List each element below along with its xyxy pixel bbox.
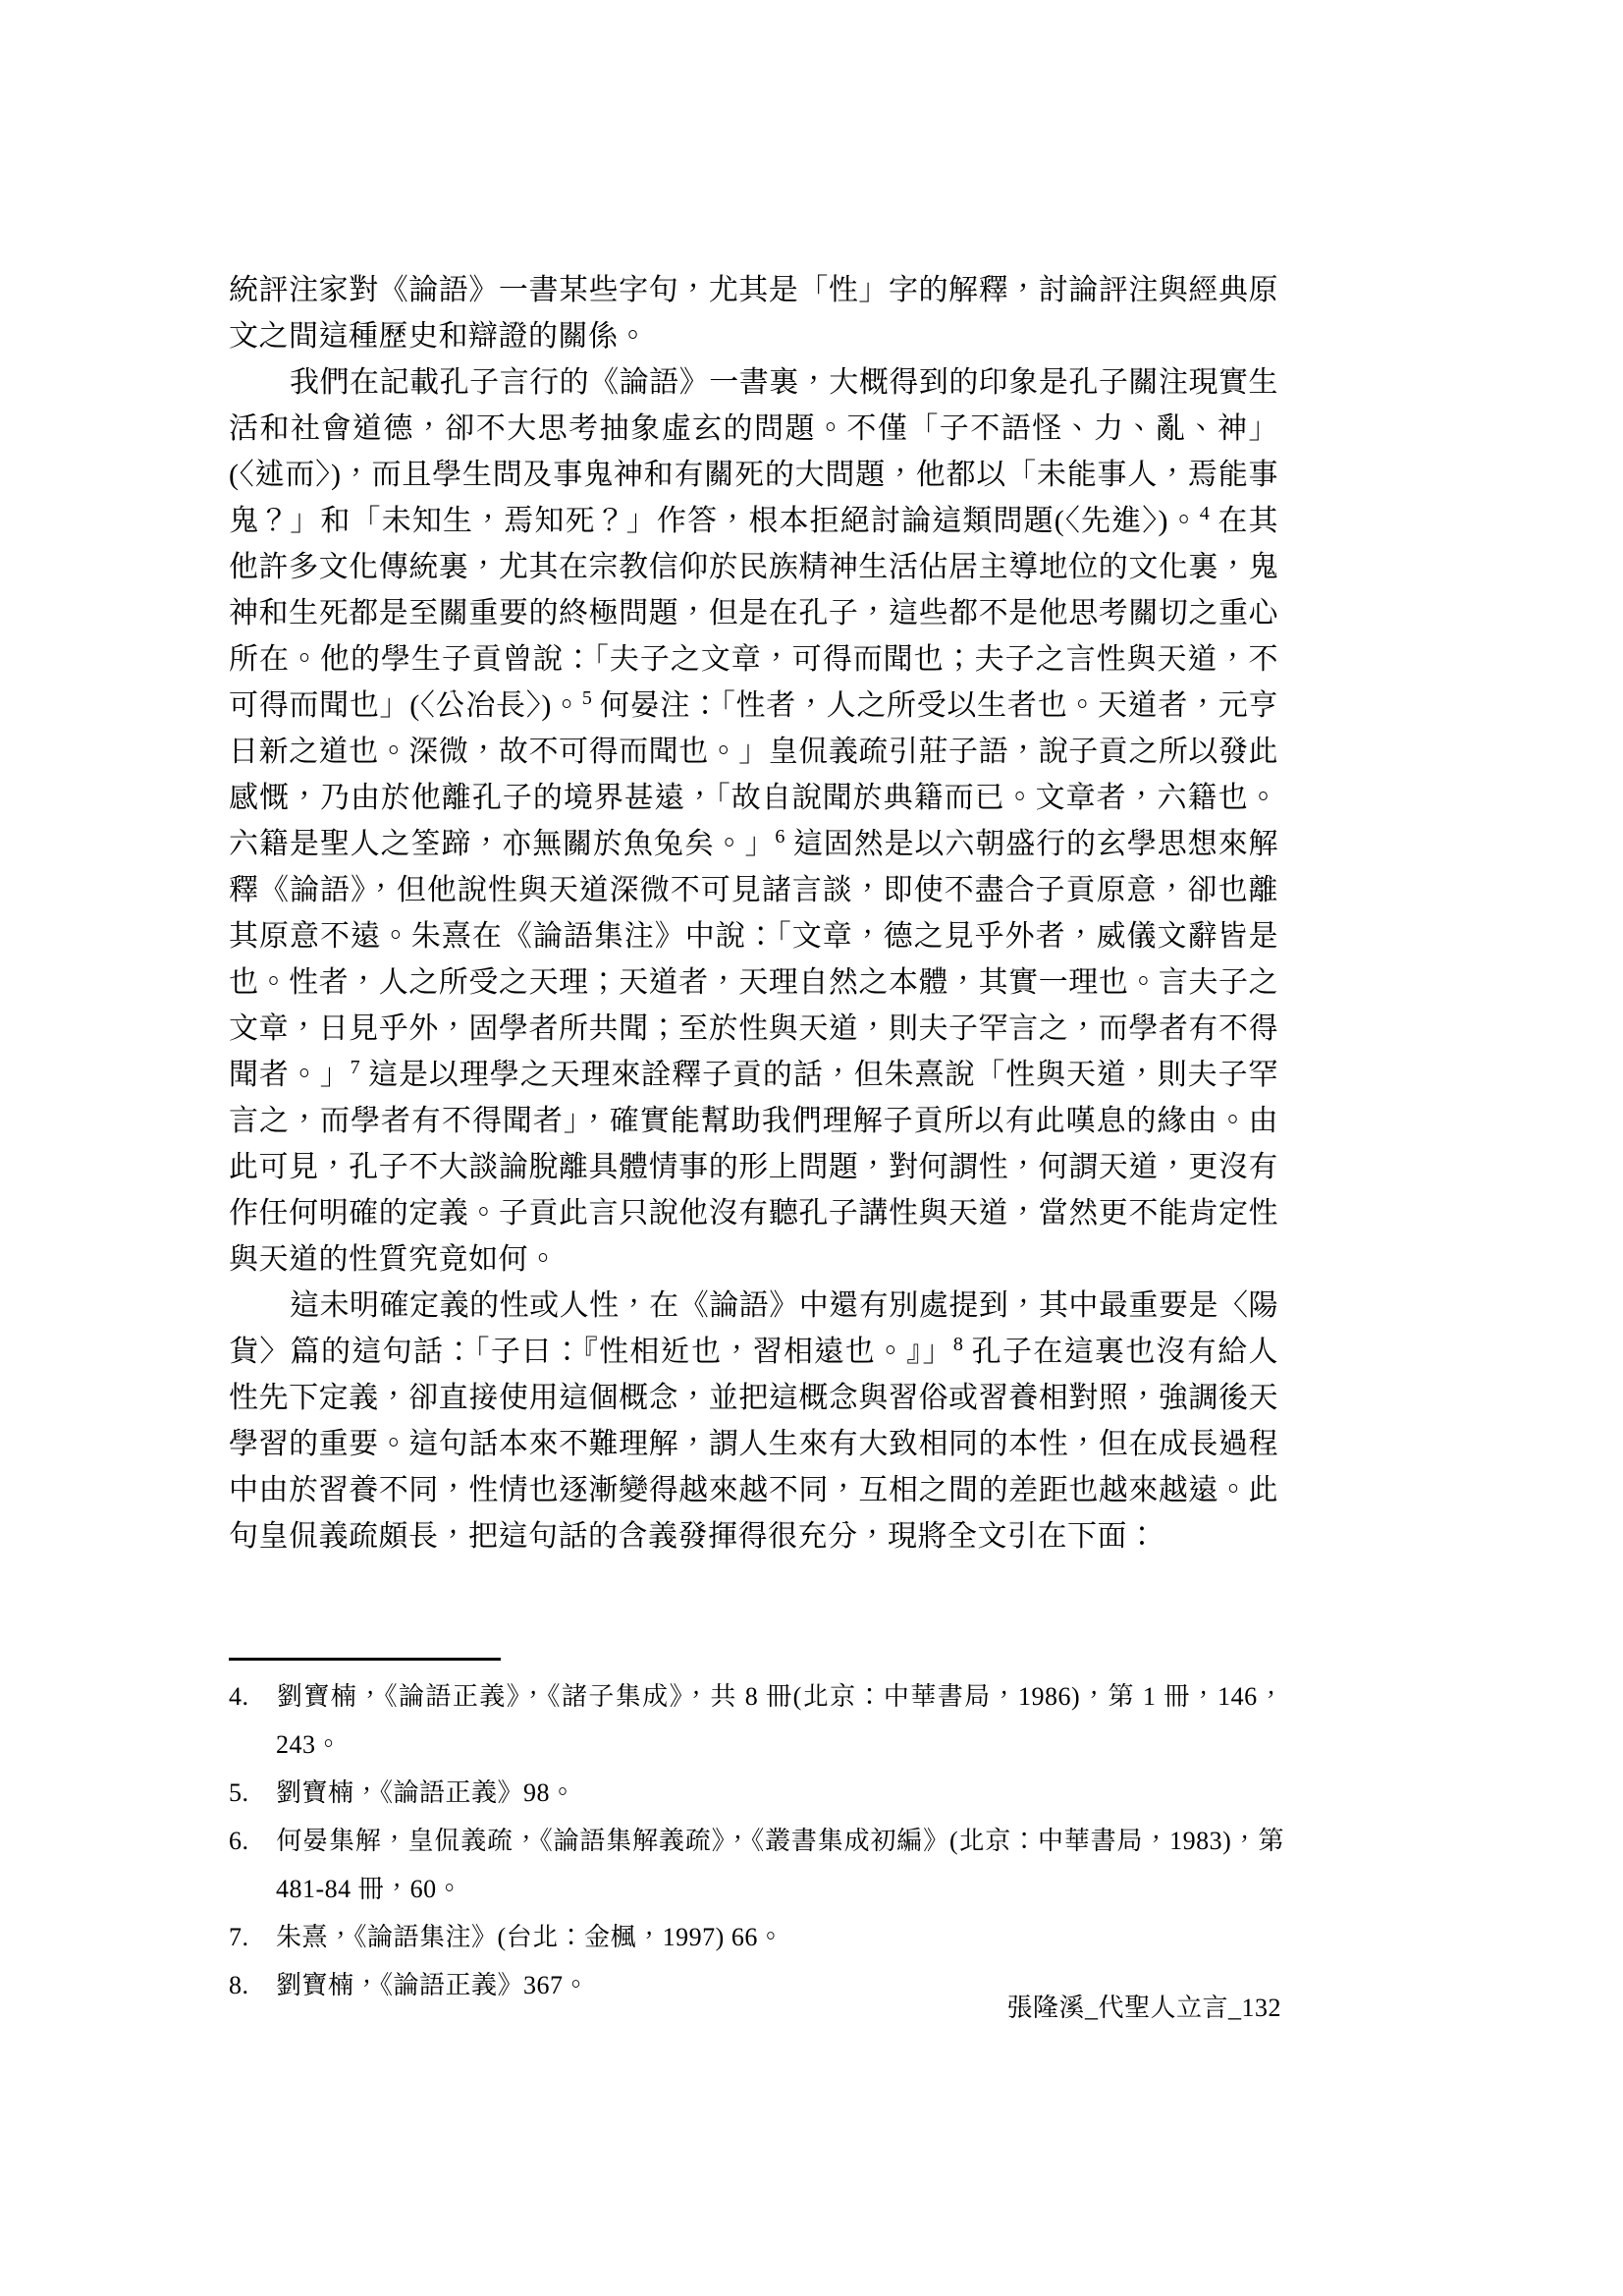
footnote-separator: [229, 1658, 501, 1661]
footnote-ref-6: 6: [775, 826, 784, 847]
footnote-item: 6.何晏集解，皇侃義疏，《論語集解義疏》，《叢書集成初編》(北京：中華書局，19…: [229, 1817, 1284, 1913]
footnote-ref-5: 5: [582, 687, 592, 709]
footnote-item: 5.劉寶楠，《論語正義》98。: [229, 1769, 1284, 1817]
footnote-number: 7.: [229, 1913, 276, 1961]
footnote-text: 朱熹，《論語集注》(台北：金楓，1997) 66。: [276, 1923, 784, 1951]
footnote-number: 6.: [229, 1817, 276, 1865]
footnote-number: 4.: [229, 1672, 276, 1721]
footnote-ref-4: 4: [1200, 503, 1210, 524]
footnote-ref-7: 7: [351, 1057, 360, 1078]
paragraph: 我們在記載孔子言行的《論語》一書裏，大概得到的印象是孔子關注現實生活和社會道德，…: [229, 359, 1278, 1283]
footnote-text: 劉寶楠，《論語正義》98。: [276, 1778, 576, 1807]
footnote-number: 5.: [229, 1769, 276, 1817]
body-text: 統評注家對《論語》一書某些字句，尤其是「性」字的解釋，討論評注與經典原文之間這種…: [229, 267, 1278, 1559]
page-footer: 張隆溪_代聖人立言_132: [229, 1988, 1281, 2024]
paragraph: 統評注家對《論語》一書某些字句，尤其是「性」字的解釋，討論評注與經典原文之間這種…: [229, 267, 1278, 359]
footnote-item: 4.劉寶楠，《論語正義》，《諸子集成》，共 8 冊(北京：中華書局，1986)，…: [229, 1672, 1284, 1769]
document-page: 統評注家對《論語》一書某些字句，尤其是「性」字的解釋，討論評注與經典原文之間這種…: [0, 0, 1623, 2296]
footnote-list: 4.劉寶楠，《論語正義》，《諸子集成》，共 8 冊(北京：中華書局，1986)，…: [229, 1672, 1284, 2009]
footnote-text: 劉寶楠，《論語正義》，《諸子集成》，共 8 冊(北京：中華書局，1986)，第 …: [276, 1682, 1284, 1759]
footnote-item: 7.朱熹，《論語集注》(台北：金楓，1997) 66。: [229, 1913, 1284, 1961]
footnote-text: 何晏集解，皇侃義疏，《論語集解義疏》，《叢書集成初編》(北京：中華書局，1983…: [276, 1827, 1284, 1903]
paragraph: 這未明確定義的性或人性，在《論語》中還有別處提到，其中最重要是〈陽貨〉篇的這句話…: [229, 1283, 1278, 1559]
footnote-ref-8: 8: [953, 1334, 963, 1355]
